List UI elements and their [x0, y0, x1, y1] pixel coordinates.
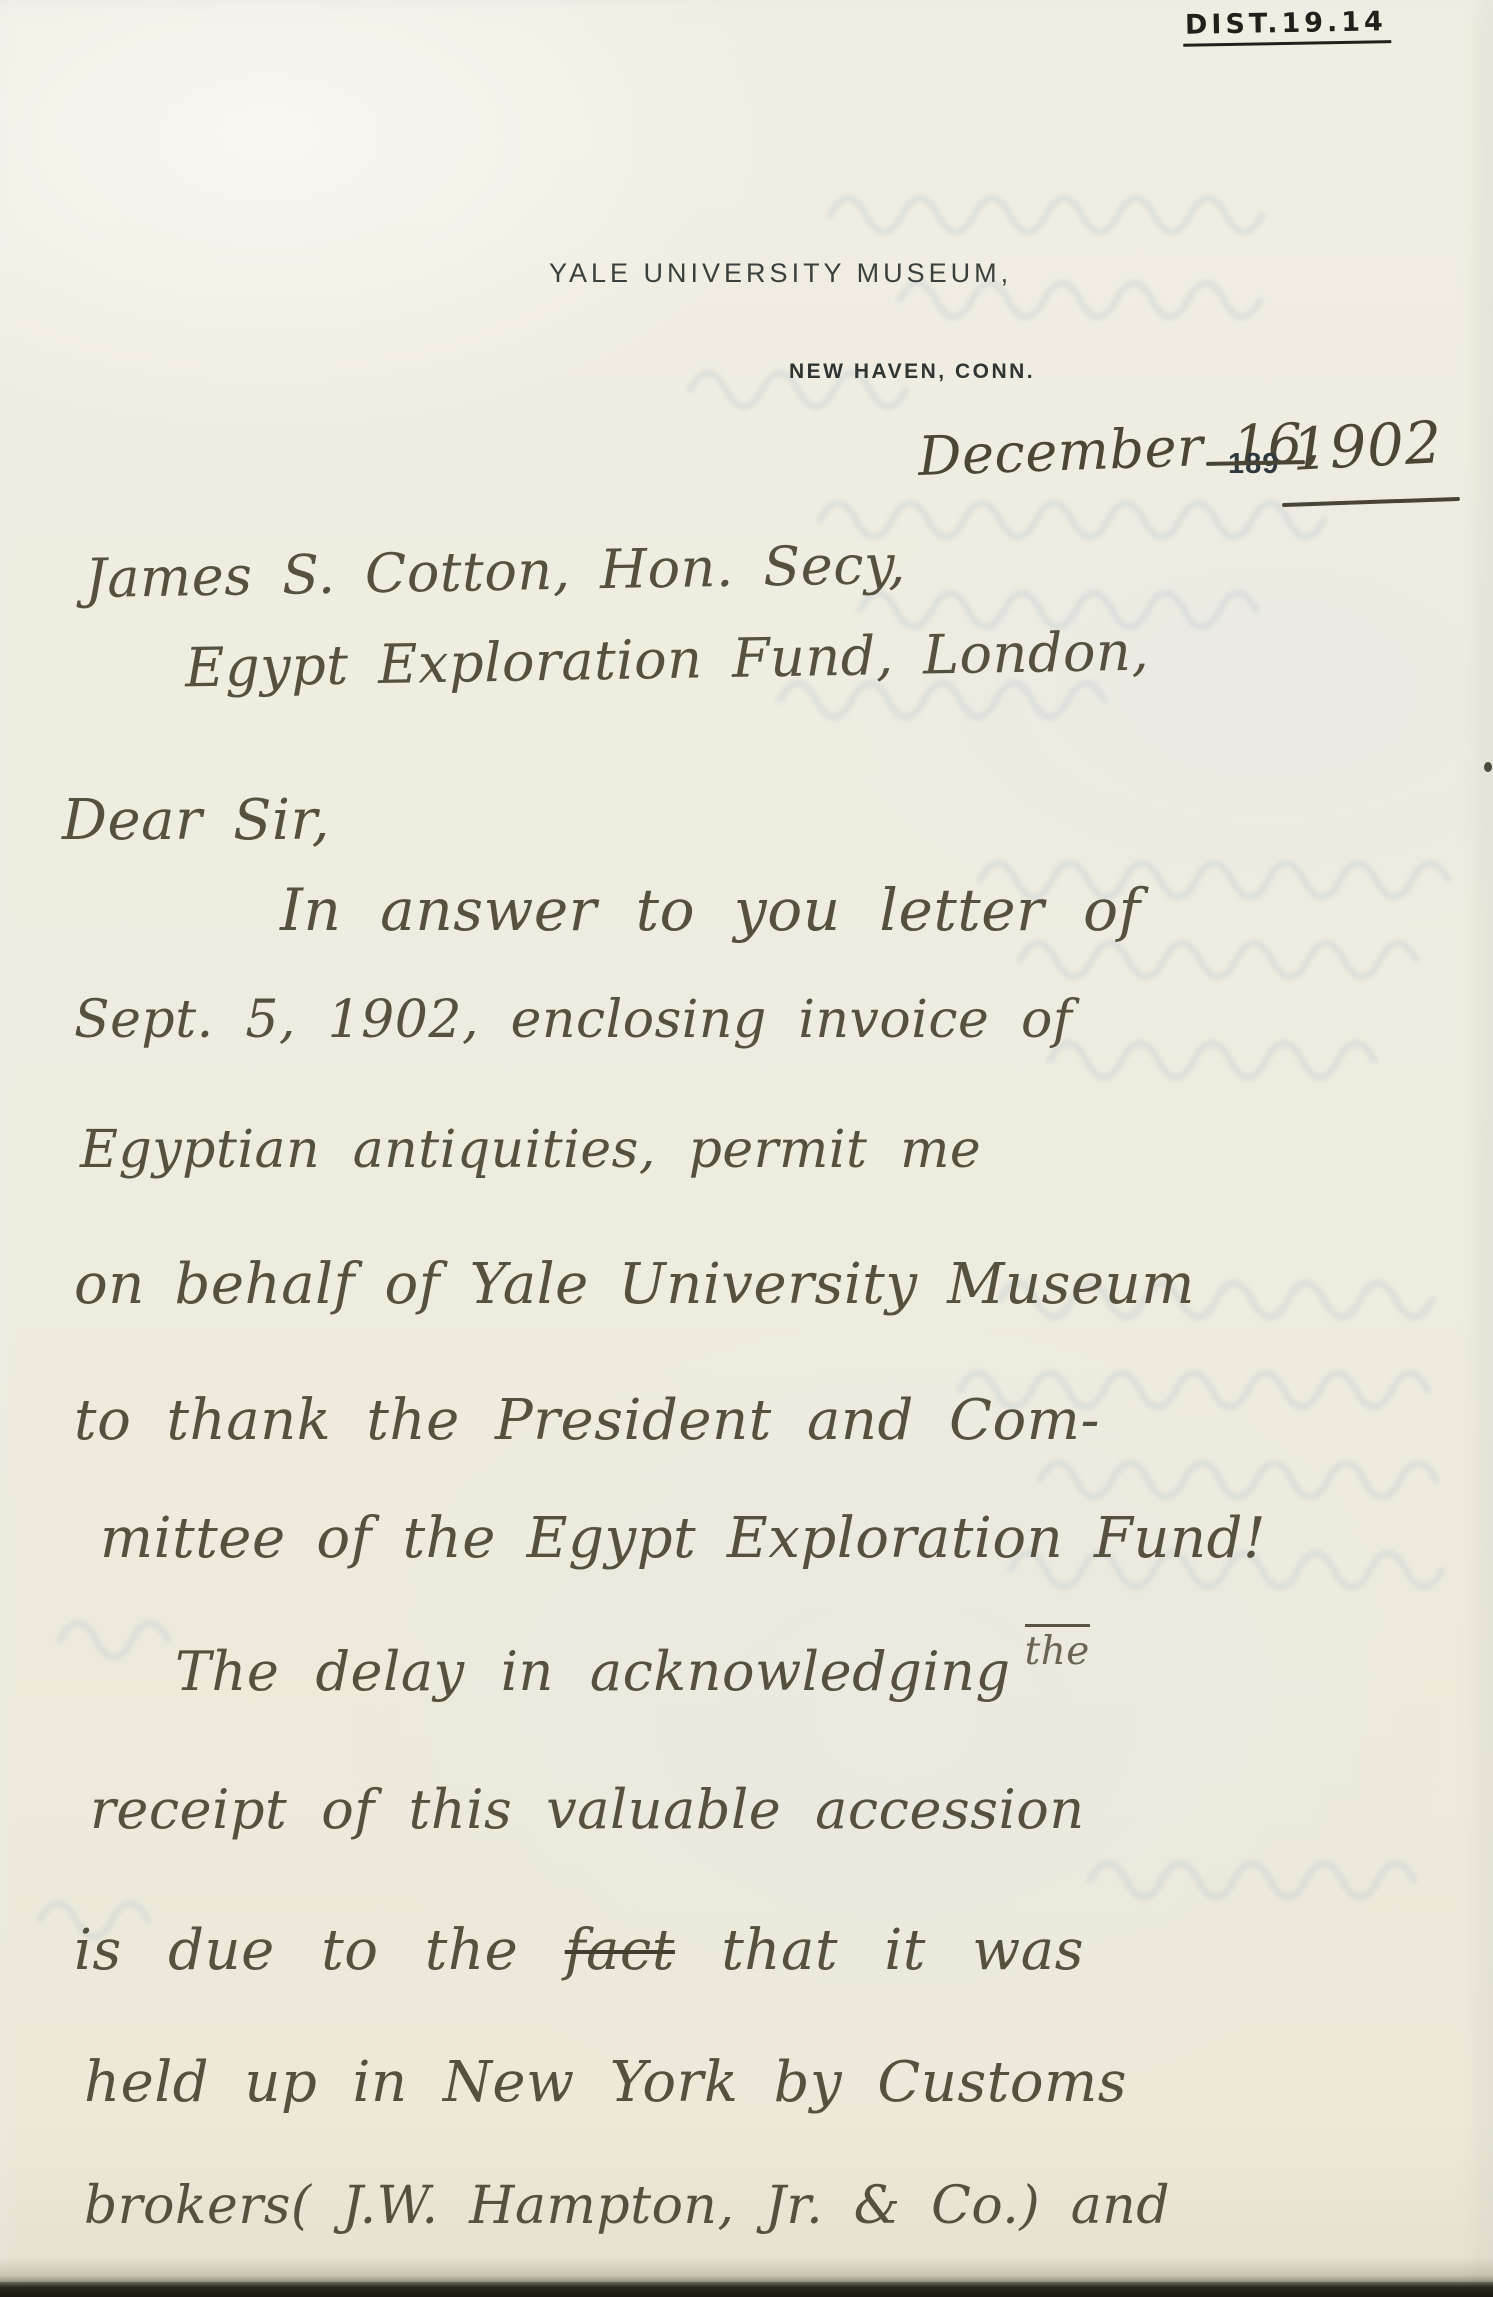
body-line-3: Egyptian antiquities, permit me: [80, 1120, 981, 1180]
body-line-1: In answer to you letter of: [280, 876, 1141, 944]
scan-bottom-shadow: [0, 2257, 1493, 2283]
body-line-7-inserted-word: the: [1025, 1624, 1090, 1674]
archival-annotation: DIST.19.14: [1183, 6, 1392, 47]
letterhead-location: NEW HAVEN, CONN.: [789, 360, 1035, 384]
body-line-7: The delay in acknowledgingthe: [175, 1640, 1090, 1703]
letterhead-institution: YALE UNIVERSITY MUSEUM,: [549, 258, 1012, 289]
body-line-9-pre: is due to the: [74, 1918, 518, 1983]
ink-speck: [1484, 762, 1492, 772]
body-line-9-struck-word: fact: [565, 1918, 675, 1983]
printed-year-stub-struck-out: 189: [1228, 448, 1279, 481]
salutation: Dear Sir,: [62, 788, 330, 853]
recipient-name-line: James S. Cotton, Hon. Secy,: [85, 533, 907, 610]
recipient-org-line: Egypt Exploration Fund, London,: [185, 620, 1150, 700]
body-line-9-post: that it was: [721, 1918, 1084, 1983]
body-line-4: on behalf of Yale University Museum: [74, 1252, 1195, 1317]
handwritten-year: 1902: [1290, 408, 1443, 484]
body-line-6: mittee of the Egypt Exploration Fund!: [100, 1506, 1266, 1571]
body-line-2: Sept. 5, 1902, enclosing invoice of: [74, 990, 1073, 1050]
letter-page: DIST.19.14 YALE UNIVERSITY MUSEUM, NEW H…: [0, 0, 1493, 2297]
year-underline-stroke: [1282, 497, 1460, 507]
body-line-5: to thank the President and Com-: [74, 1388, 1100, 1453]
body-line-8: receipt of this valuable accession: [90, 1778, 1085, 1841]
body-line-10: held up in New York by Customs: [84, 2050, 1127, 2115]
scan-bottom-edge: [0, 2282, 1493, 2297]
body-line-7-main: The delay in acknowledging: [175, 1640, 1011, 1703]
body-line-11: brokers( J.W. Hampton, Jr. & Co.) and: [84, 2176, 1170, 2236]
body-line-9: is due to the fact that it was: [74, 1918, 1084, 1983]
